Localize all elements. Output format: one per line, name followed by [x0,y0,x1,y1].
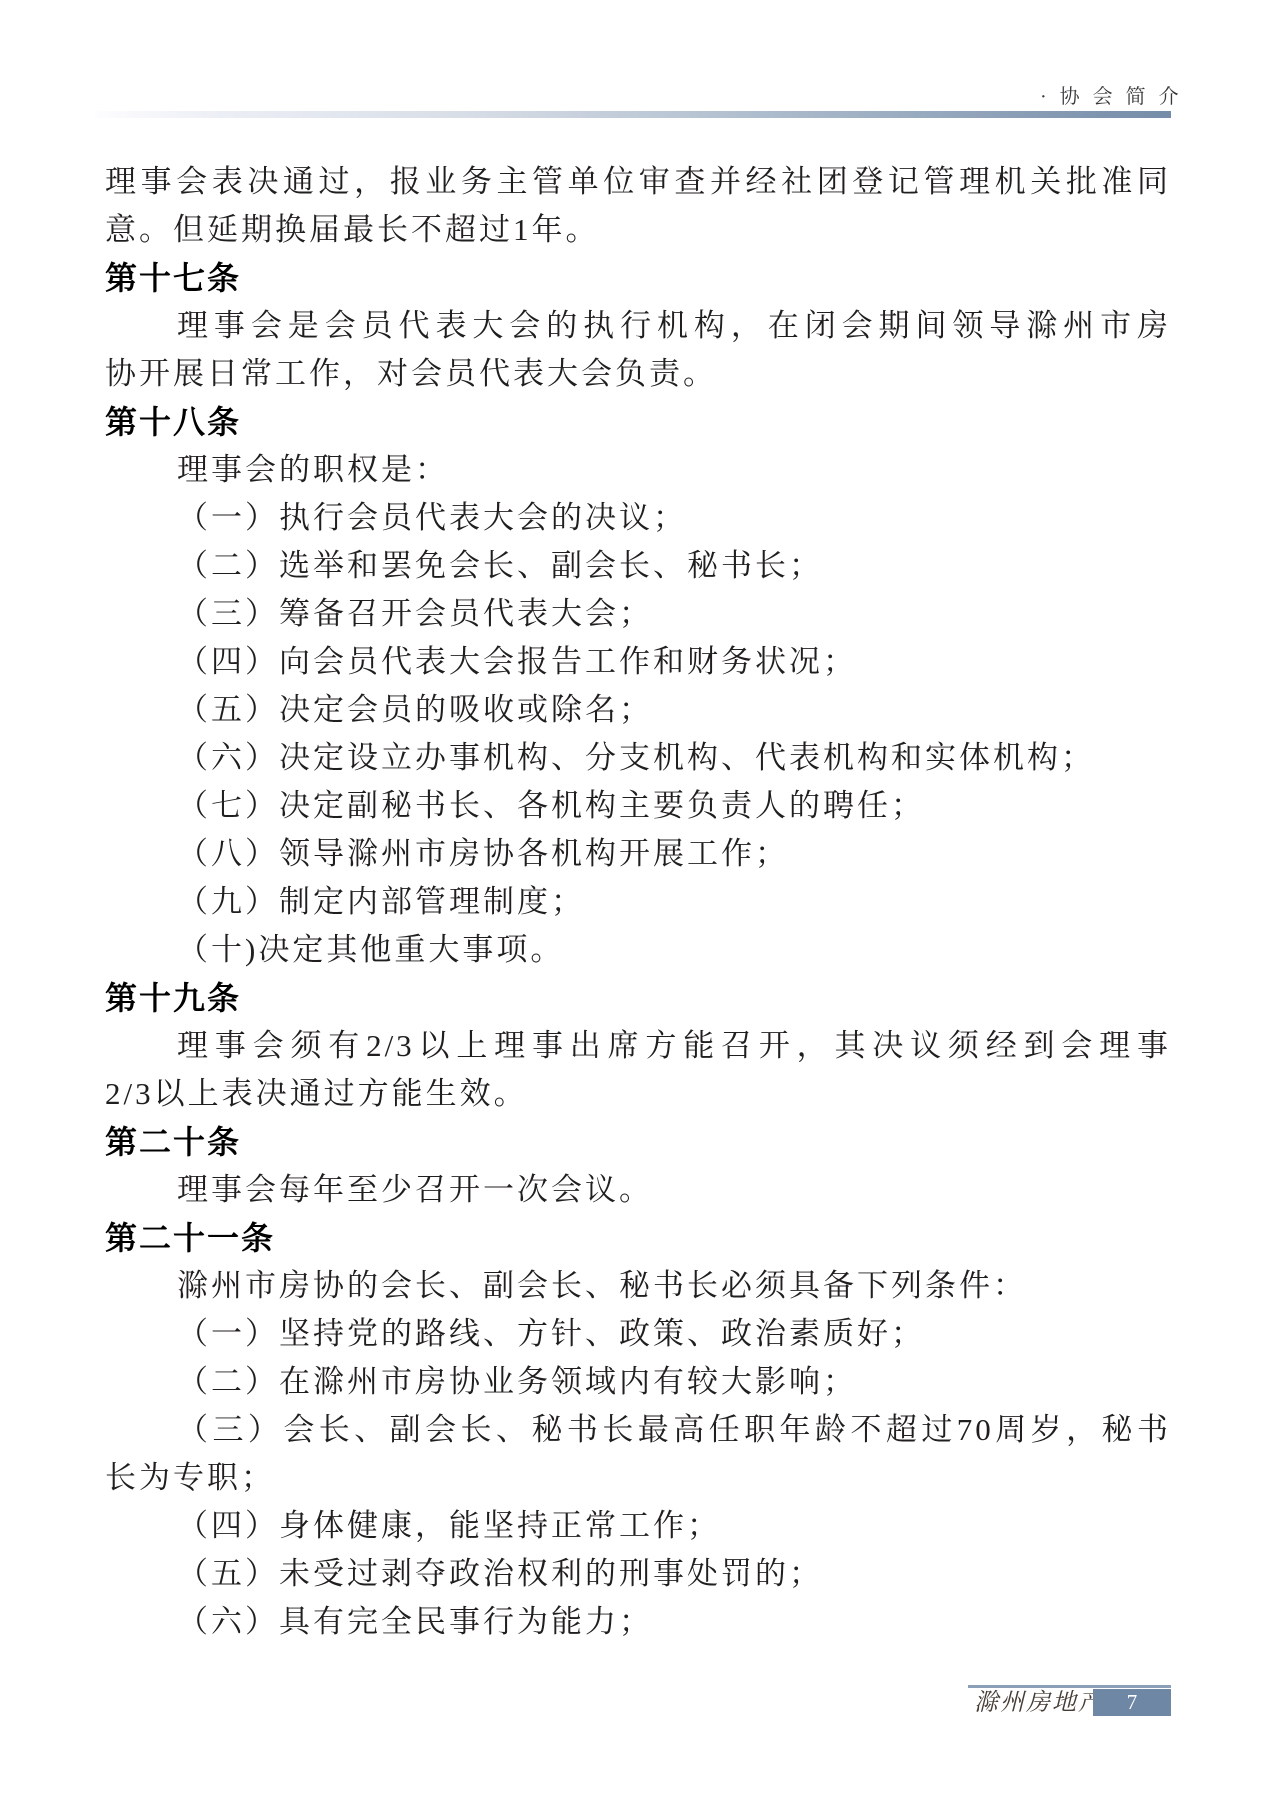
article-heading: 第二十条 [105,1118,1171,1166]
document-line: （二）在滁州市房协业务领域内有较大影响； [105,1358,1171,1406]
footer-brand-calligraphy: 滁州房地产 [974,1688,1104,1716]
document-line: （三）会长、副会长、秘书长最高任职年龄不超过70周岁，秘书 [105,1406,1171,1454]
document-line: （二）选举和罢免会长、副会长、秘书长； [105,542,1171,590]
document-line: （十)决定其他重大事项。 [105,926,1171,974]
document-line: 长为专职； [105,1454,1171,1502]
document-line: （三）筹备召开会员代表大会； [105,590,1171,638]
document-body: 理事会表决通过，报业务主管单位审查并经社团登记管理机关批准同意。但延期换届最长不… [105,158,1171,1646]
document-line: （六）决定设立办事机构、分支机构、代表机构和实体机构； [105,734,1171,782]
document-line: 理事会须有2/3以上理事出席方能召开，其决议须经到会理事 [105,1022,1171,1070]
document-line: 意。但延期换届最长不超过1年。 [105,206,1171,254]
document-line: （五）决定会员的吸收或除名； [105,686,1171,734]
document-line: （七）决定副秘书长、各机构主要负责人的聘任； [105,782,1171,830]
article-heading: 第十九条 [105,974,1171,1022]
document-line: 滁州市房协的会长、副会长、秘书长必须具备下列条件： [105,1262,1171,1310]
page-number-badge: 7 [1093,1689,1171,1716]
article-heading: 第二十一条 [105,1214,1171,1262]
header-gradient-rule [95,111,1171,118]
document-line: （一）执行会员代表大会的决议； [105,494,1171,542]
document-line: 协开展日常工作，对会员代表大会负责。 [105,350,1171,398]
document-line: 理事会是会员代表大会的执行机构，在闭会期间领导滁州市房 [105,302,1171,350]
page-header-section-label: ·协会简介 [1040,80,1192,109]
document-line: 理事会每年至少召开一次会议。 [105,1166,1171,1214]
document-line: 理事会表决通过，报业务主管单位审查并经社团登记管理机关批准同 [105,158,1171,206]
document-line: 理事会的职权是： [105,446,1171,494]
document-line: 2/3以上表决通过方能生效。 [105,1070,1171,1118]
document-line: （四）向会员代表大会报告工作和财务状况； [105,638,1171,686]
document-line: （一）坚持党的路线、方针、政策、政治素质好； [105,1310,1171,1358]
article-heading: 第十八条 [105,398,1171,446]
document-line: （九）制定内部管理制度； [105,878,1171,926]
document-line: （四）身体健康，能坚持正常工作； [105,1502,1171,1550]
document-line: （五）未受过剥夺政治权利的刑事处罚的； [105,1550,1171,1598]
document-line: （六）具有完全民事行为能力； [105,1598,1171,1646]
document-line: （八）领导滁州市房协各机构开展工作； [105,830,1171,878]
article-heading: 第十七条 [105,254,1171,302]
